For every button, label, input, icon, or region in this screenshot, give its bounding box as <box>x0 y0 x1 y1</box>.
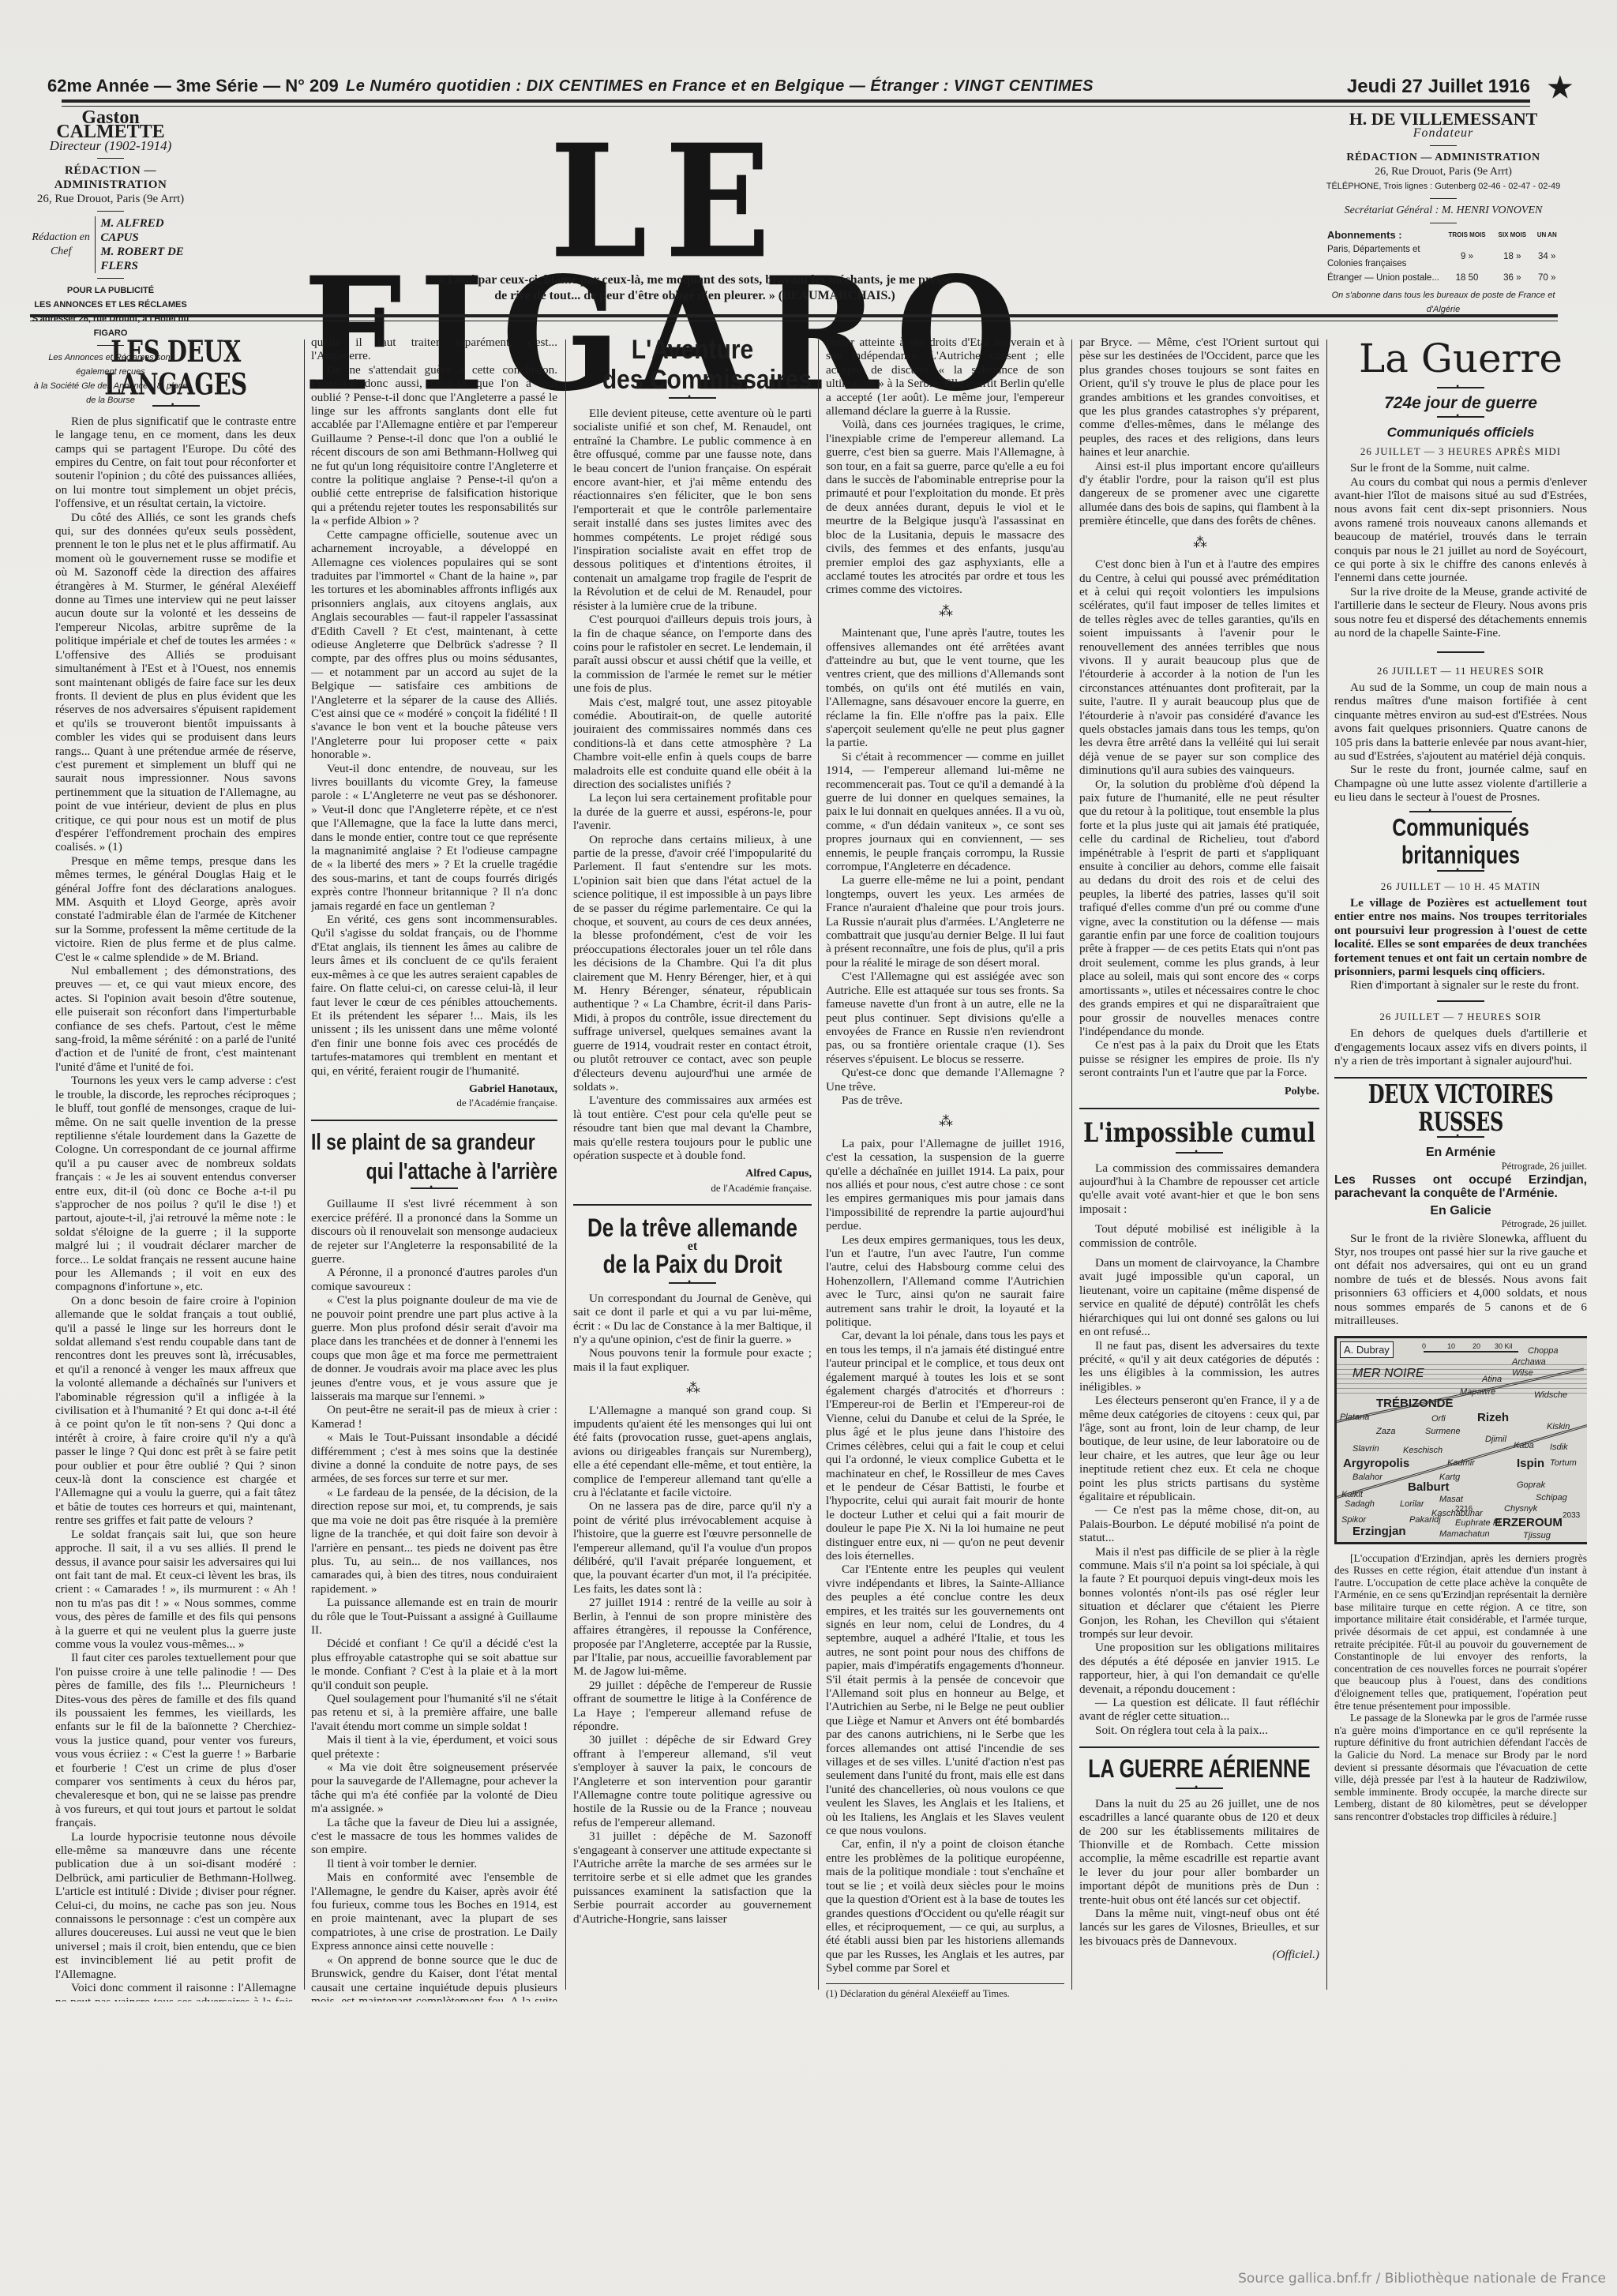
paragraph: Le passage de la Slonewka par le gros de… <box>1334 1712 1587 1822</box>
headline-aventure: L'Aventure des Commissaires <box>573 336 812 395</box>
column-rule <box>1326 340 1327 1990</box>
paragraph: Pas de trêve. <box>826 1094 1064 1107</box>
column-3: L'Aventure des Commissaires Elle devient… <box>573 336 812 2001</box>
map-scale-label: 30 Kil <box>1495 1340 1513 1353</box>
paragraph: « C'est la plus poignante douleur de ma … <box>311 1293 557 1403</box>
map-place: Balahor <box>1353 1471 1383 1484</box>
war-day-count: 724e jour de guerre <box>1334 396 1587 410</box>
office-label-right: RÉDACTION — ADMINISTRATION <box>1325 151 1562 165</box>
paragraph: Le village de Pozières est actuellement … <box>1334 896 1587 978</box>
armenia-map: A. Dubray 0 10 20 30 Kil MER NOIRE TRÉBI… <box>1334 1336 1587 1544</box>
map-place: Pakaridj <box>1409 1514 1441 1527</box>
paragraph: Nous pouvons tenir la formule pour exact… <box>573 1346 812 1374</box>
short-divider <box>1437 651 1484 653</box>
paragraph: La puissance allemande est en train de m… <box>311 1596 557 1637</box>
column-rule <box>818 340 819 1990</box>
paragraph: Car, enfin, il n'y a point de cloison ét… <box>826 1837 1064 1975</box>
issue-number: 62me Année — 3me Série — N° 209 <box>47 76 339 96</box>
paragraph: On ne s'attendait guère à cette conclusi… <box>311 363 557 528</box>
paragraph: Elle devient piteuse, cette aventure où … <box>573 407 812 613</box>
ornament-divider <box>1437 416 1484 418</box>
map-place: Zaza <box>1376 1425 1395 1439</box>
map-place: Isdik <box>1550 1441 1568 1454</box>
chief-editor-1: M. ALFRED CAPUS <box>100 217 163 244</box>
star-icon: ★ <box>1548 71 1573 104</box>
column-2: quelle il faut traiter séparément, c'est… <box>311 336 557 2001</box>
paragraph: Il tient à voir tomber le dernier. <box>311 1857 557 1870</box>
paragraph: Mais il n'est pas difficile de se plier … <box>1079 1545 1319 1641</box>
quoted-article-text: Tout député mobilisé est inéligible à la… <box>1079 1222 1319 1250</box>
column-rule <box>304 340 305 1990</box>
subscription-row-label: Étranger — Union postale... <box>1325 271 1442 285</box>
paragraph: 30 juillet : dépêche de sir Edward Grey … <box>573 1733 812 1829</box>
map-place: Wilse <box>1512 1367 1533 1380</box>
paragraph: Un correspondant du Journal de Genève, q… <box>573 1292 812 1347</box>
ornament-divider <box>97 158 124 159</box>
map-place: Lorilar <box>1400 1498 1424 1511</box>
ornament-divider <box>1176 1152 1223 1154</box>
subscription-price: 9 » <box>1442 242 1492 271</box>
wave-divider <box>1079 1108 1319 1109</box>
column-1-les-deux-langages: LES DEUX LANGAGES Rien de plus significa… <box>55 336 296 2001</box>
paragraph: L'aventure des commissaires aux armées e… <box>573 1094 812 1162</box>
ornament-divider <box>411 1187 458 1189</box>
masthead-top-rule <box>62 99 1530 103</box>
paragraph: Nul emballement ; des démonstrations, de… <box>55 964 296 1074</box>
ornament-divider <box>669 1282 716 1284</box>
map-elevation: 2216 <box>1455 1503 1473 1516</box>
telephone-line: TÉLÉPHONE, Trois lignes : Gutenberg 02-4… <box>1325 179 1562 193</box>
paragraph: Sur la rive droite de la Meuse, grande a… <box>1334 585 1587 640</box>
office-address-right: 26, Rue Drouot, Paris (9e Arrt) <box>1325 165 1562 179</box>
advertising-line-1: POUR LA PUBLICITÉ <box>32 283 189 298</box>
ornament-divider <box>152 405 200 407</box>
headline-paix-du-droit: de la Paix du Droit <box>573 1251 812 1279</box>
map-city: ERZEROUM <box>1495 1516 1563 1529</box>
paragraph: Rien de plus significatif que le contras… <box>55 415 296 511</box>
subscription-price: 34 » <box>1532 242 1562 271</box>
map-place: Chysnyk <box>1504 1503 1537 1516</box>
map-scale-label: 20 <box>1473 1340 1480 1353</box>
map-place: Keschisch <box>1403 1444 1443 1458</box>
paragraph: Maintenant que, l'une après l'autre, tou… <box>826 626 1064 750</box>
map-label-sea: MER NOIRE <box>1353 1367 1424 1380</box>
communique-dateline: 26 JUILLET — 11 HEURES SOIR <box>1334 664 1587 677</box>
official-signature: (Officiel.) <box>1079 1948 1319 1961</box>
map-scale-label: 0 <box>1422 1340 1426 1353</box>
paragraph: Soit. On réglera tout cela à la paix... <box>1079 1724 1319 1737</box>
map-place: Goprak <box>1517 1479 1545 1492</box>
communique-dateline: 26 JUILLET — 10 H. 45 MATIN <box>1334 880 1587 893</box>
subhead-armenie: En Arménie <box>1334 1146 1587 1159</box>
paragraph: En vérité, ces gens sont incommensurable… <box>311 913 557 1078</box>
paragraph: La guerre elle-même ne lui a point, pend… <box>826 873 1064 970</box>
motto-line-1: « Loué par ceux-ci, blâmé par ceux-là, m… <box>284 272 1105 288</box>
headline-grandeur: Il se plaint de sa grandeur <box>311 1130 557 1155</box>
asterism-divider: ⁂ <box>826 605 1064 618</box>
paragraph: 29 juillet : dépêche de l'empereur de Ru… <box>573 1679 812 1734</box>
paragraph: — La question est délicate. Il faut réfl… <box>1079 1696 1319 1724</box>
editorial-note: [L'occupation d'Erzindjan, après les der… <box>1334 1552 1587 1823</box>
newspaper-page: 62me Année — 3me Série — N° 209 Le Numér… <box>0 0 1617 2296</box>
map-place: Sadagh <box>1345 1498 1375 1511</box>
paragraph: Une proposition sur les obligations mili… <box>1079 1641 1319 1696</box>
paragraph: Sur le front de la rivière Slonewka, aff… <box>1334 1232 1587 1328</box>
issue-line: 62me Année — 3me Série — N° 209 Le Numér… <box>46 73 1538 99</box>
masthead-right-box: H. DE VILLEMESSANT Fondateur RÉDACTION —… <box>1325 112 1562 317</box>
source-credit: Source gallica.bnf.fr / Bibliothèque nat… <box>1238 2271 1606 2287</box>
paragraph: Ce n'est pas à la paix du Droit que les … <box>1079 1038 1319 1079</box>
paragraph: Guillaume II s'est livré récemment à son… <box>311 1197 557 1266</box>
paragraph: — Ce n'est pas la même chose, dit-on, au… <box>1079 1503 1319 1544</box>
communique-dateline: 26 JUILLET — 3 HEURES APRÈS MIDI <box>1334 445 1587 458</box>
paragraph: La tâche que la faveur de Dieu lui a ass… <box>311 1816 557 1857</box>
paragraph: porter atteinte à ses droits d'Etat souv… <box>826 336 1064 418</box>
subscription-header: UN AN <box>1532 228 1562 242</box>
paragraph: Mais en conformité avec l'ensemble de l'… <box>311 1870 557 1953</box>
paragraph: C'est donc bien à l'un et à l'autre des … <box>1079 557 1319 778</box>
paragraph: Qu'est-ce donc que demande l'Allemagne ?… <box>826 1066 1064 1094</box>
chief-editors: Rédaction en Chef M. ALFRED CAPUS M. ROB… <box>32 216 189 273</box>
paragraph: [L'occupation d'Erzindjan, après les der… <box>1334 1552 1587 1713</box>
headline-impossible-cumul: L'impossible cumul <box>1079 1119 1319 1148</box>
asterism-divider: ⁂ <box>826 1115 1064 1128</box>
map-place: Slavrin <box>1353 1443 1379 1456</box>
headline-aventure-line1: L'Aventure <box>632 336 753 365</box>
paragraph: Mais il tient à la vie, éperdument, et v… <box>311 1733 557 1761</box>
paragraph: La lourde hypocrisie teutonne nous dévoi… <box>55 1830 296 1981</box>
paragraph: Sur le front de la Somme, nuit calme. <box>1334 461 1587 475</box>
map-place: Spikor <box>1341 1514 1366 1527</box>
paragraph: Si c'était à recommencer — comme en juil… <box>826 750 1064 874</box>
armenia-bulletin: Les Russes ont occupé Erzindjan, parache… <box>1334 1173 1587 1201</box>
paragraph: Dans un moment de clairvoyance, la Chamb… <box>1079 1256 1319 1338</box>
paragraph: C'est pourquoi d'ailleurs depuis trois j… <box>573 613 812 695</box>
paragraph: On reproche dans certains milieux, à une… <box>573 833 812 1094</box>
paragraph: Cette campagne officielle, soutenue avec… <box>311 528 557 762</box>
wave-divider <box>1079 1746 1319 1748</box>
author-signature: Gabriel Hanotaux, <box>311 1082 557 1096</box>
ornament-divider <box>97 211 124 212</box>
paragraph: Voilà, dans ces journées tragiques, le c… <box>826 418 1064 596</box>
director-title: Directeur (1902-1914) <box>32 139 189 153</box>
asterism-divider: ⁂ <box>573 1382 812 1395</box>
map-place: Tjissug <box>1523 1529 1551 1543</box>
ornament-divider <box>1430 223 1457 223</box>
paragraph: « Ma vie doit être soigneusement préserv… <box>311 1761 557 1816</box>
map-elevation: 2033 <box>1563 1509 1580 1522</box>
paragraph: On a donc besoin de faire croire à l'opi… <box>55 1294 296 1528</box>
paragraph: La commission des commissaires demandera… <box>1079 1161 1319 1217</box>
map-credit: A. Dubray <box>1340 1341 1394 1358</box>
asterism-divider: ⁂ <box>1079 536 1319 550</box>
ornament-divider <box>1437 387 1484 388</box>
issue-date: Jeudi 27 Juillet 1916★ <box>1347 76 1530 98</box>
paragraph: Sur le reste du front, journée calme, sa… <box>1334 763 1587 804</box>
subscription-row: Étranger — Union postale... 18 50 36 » 7… <box>1325 271 1562 285</box>
column-4: porter atteinte à ses droits d'Etat souv… <box>826 336 1064 2001</box>
masthead-bottom-rule <box>30 314 1558 317</box>
column-6-la-guerre: La Guerre 724e jour de guerre Communiqué… <box>1334 336 1587 2001</box>
paragraph: Car, devant la loi pénale, dans tous les… <box>826 1329 1064 1563</box>
map-place: Surmene <box>1425 1425 1461 1439</box>
map-place: Atina <box>1482 1373 1502 1386</box>
headline-la-guerre: La Guerre <box>1334 337 1587 381</box>
chief-editor-2: M. ROBERT DE FLERS <box>100 246 183 272</box>
issue-date-text: Jeudi 27 Juillet 1916 <box>1347 76 1530 97</box>
paragraph: Dans la même nuit, vingt-neuf obus ont é… <box>1079 1907 1319 1948</box>
dateline-petrograde: Pétrograde, 26 juillet. <box>1334 1217 1587 1231</box>
headline-grandeur-line2: qui l'attache à l'arrière <box>311 1159 557 1184</box>
paragraph: Veut-il donc entendre, de nouveau, sur l… <box>311 762 557 913</box>
advertising-line-2: LES ANNONCES ET LES RÉCLAMES <box>32 298 189 312</box>
issue-price: Le Numéro quotidien : DIX CENTIMES en Fr… <box>346 77 1094 96</box>
ornament-divider <box>669 397 716 399</box>
paragraph: Presque en même temps, presque dans les … <box>55 854 296 964</box>
ornament-divider <box>1176 1788 1223 1789</box>
dateline-petrograde: Pétrograde, 26 juillet. <box>1334 1160 1587 1173</box>
section-communiques-officiels: Communiqués officiels <box>1334 426 1587 439</box>
ornament-divider <box>1437 870 1484 872</box>
column-5: par Bryce. — Même, c'est l'Orient surtou… <box>1079 336 1319 2001</box>
paragraph: Il ne faut pas, disent les adversaires d… <box>1079 1339 1319 1394</box>
subscription-price: 18 50 <box>1442 271 1492 285</box>
paragraph: C'est l'Allemagne qui est assiégée avec … <box>826 970 1064 1066</box>
office-label: RÉDACTION — ADMINISTRATION <box>32 163 189 192</box>
paragraph: « On apprend de bonne source que le duc … <box>311 1953 557 2001</box>
map-city: Argyropolis <box>1343 1457 1409 1470</box>
subscription-table: Abonnements : TROIS MOIS SIX MOIS UN AN … <box>1325 228 1562 285</box>
map-place: Djimil <box>1485 1433 1506 1446</box>
subscription-price: 36 » <box>1492 271 1532 285</box>
paragraph: Du côté des Alliés, ce sont les grands c… <box>55 511 296 854</box>
author-signature: Polybe. <box>1079 1085 1319 1098</box>
newspaper-motto: « Loué par ceux-ci, blâmé par ceux-là, m… <box>284 272 1105 304</box>
paragraph: quelle il faut traiter séparément, c'est… <box>311 336 557 363</box>
headline-guerre-aerienne: LA GUERRE AÉRIENNE <box>1079 1756 1319 1784</box>
ornament-divider <box>1409 811 1512 812</box>
paragraph: L'Allemagne a manqué son grand coup. Si … <box>573 1404 812 1500</box>
office-address: 26, Rue Drouot, Paris (9e Arrt) <box>32 192 189 206</box>
paragraph: On ne lassera pas de dire, parce qu'il n… <box>573 1499 812 1596</box>
paragraph: La paix, pour l'Allemagne de juillet 191… <box>826 1137 1064 1233</box>
headline-les-deux-langages: LES DEUX LANGAGES <box>55 336 296 401</box>
headline-deux-victoires-russes: DEUX VICTOIRES RUSSES <box>1334 1081 1587 1137</box>
paragraph: Au cours du combat qui nous a permis d'e… <box>1334 475 1587 585</box>
column-rule <box>565 340 566 1990</box>
paragraph: Rien d'important à signaler sur le reste… <box>1334 978 1587 992</box>
chief-editors-names: M. ALFRED CAPUS M. ROBERT DE FLERS <box>95 216 189 273</box>
map-city: Ispin <box>1517 1457 1544 1470</box>
paragraph: Tournons les yeux vers le camp adverse :… <box>55 1074 296 1294</box>
paragraph: Quel soulagement pour l'humanité s'il ne… <box>311 1692 557 1733</box>
paragraph: Le soldat français sait lui, que son heu… <box>55 1528 296 1652</box>
subscription-header: SIX MOIS <box>1492 228 1532 242</box>
wave-divider <box>573 1204 812 1206</box>
map-place: Kartg <box>1439 1471 1460 1484</box>
paragraph: En dehors de quelques duels d'artillerie… <box>1334 1026 1587 1067</box>
chief-editors-label: Rédaction en Chef <box>32 231 90 259</box>
subscription-header: TROIS MOIS <box>1442 228 1492 242</box>
paragraph: La leçon lui sera certainement profitabl… <box>573 791 812 832</box>
paragraph: Voici donc comment il raisonne : l'Allem… <box>55 1981 296 2001</box>
ornament-divider <box>97 278 124 279</box>
subscription-row-label: Paris, Départements et Colonies français… <box>1325 242 1442 271</box>
paragraph: Décidé et confiant ! Ce qu'il a décidé c… <box>311 1637 557 1692</box>
subscription-label: Abonnements : <box>1325 228 1442 242</box>
paragraph: Ainsi est-il plus important encore qu'ai… <box>1079 460 1319 528</box>
paragraph: « Mais le Tout-Puissant insondable a déc… <box>311 1431 557 1486</box>
short-divider <box>1437 1000 1484 1002</box>
communique-dateline: 26 JUILLET — 7 HEURES SOIR <box>1334 1010 1587 1023</box>
paragraph: Les électeurs penseront qu'en France, il… <box>1079 1394 1319 1503</box>
headline-communiques-britanniques: Communiqués britanniques <box>1334 815 1587 869</box>
ornament-divider <box>1430 198 1457 199</box>
map-scale-label: 10 <box>1447 1340 1455 1353</box>
map-city: Rizeh <box>1477 1411 1509 1424</box>
secretariat: Secrétariat Général : M. HENRI VONOVEN <box>1325 204 1562 218</box>
subscription-price: 70 » <box>1532 271 1562 285</box>
map-place: Widsche <box>1534 1389 1567 1402</box>
ornament-divider <box>1430 145 1457 146</box>
ornament-divider <box>1437 1136 1484 1138</box>
director-name: Gaston CALMETTE <box>32 111 189 139</box>
paragraph: Car l'Entente entre les peuples qui veul… <box>826 1563 1064 1837</box>
paragraph: On peut-être ne serait-il pas de mieux à… <box>311 1403 557 1431</box>
founder-name: H. DE VILLEMESSANT <box>1325 112 1562 126</box>
map-place: Orfi <box>1431 1412 1446 1426</box>
subscription-row: Paris, Départements et Colonies français… <box>1325 242 1562 271</box>
author-signature: Alfred Capus, <box>573 1167 812 1180</box>
paragraph: Dans la nuit du 25 au 26 juillet, une de… <box>1079 1797 1319 1907</box>
paragraph: 31 juillet : dépêche de M. Sazonoff s'en… <box>573 1829 812 1926</box>
subscription-note: On s'abonne dans tous les bureaux de pos… <box>1325 288 1562 317</box>
author-title: de l'Académie française. <box>573 1181 812 1195</box>
headline-treve: De la trêve allemande <box>573 1214 812 1243</box>
paragraph: « Le fardeau de la pensée, de la décisio… <box>311 1486 557 1596</box>
paragraph: Or, la solution du problème d'où dépend … <box>1079 778 1319 1039</box>
headline-aventure-line2: des Commissaires <box>573 365 812 395</box>
subscription-price: 18 » <box>1492 242 1532 271</box>
column-rule <box>1071 340 1072 1990</box>
paragraph: A Péronne, il a prononcé d'autres parole… <box>311 1266 557 1293</box>
paragraph: 27 juillet 1914 : rentré de la veille au… <box>573 1596 812 1678</box>
map-place: Tortum <box>1550 1457 1577 1470</box>
map-place: Mamachatun <box>1439 1528 1490 1541</box>
paragraph: Mais c'est, malgré tout, une assez pitoy… <box>573 696 812 792</box>
footnote: (1) Déclaration du général Alexéieff au … <box>826 1983 1064 2001</box>
wave-divider <box>311 1120 557 1121</box>
paragraph: Au sud de la Somme, un coup de main nous… <box>1334 681 1587 763</box>
map-place: Schipag <box>1536 1491 1567 1505</box>
paragraph: par Bryce. — Même, c'est l'Orient surtou… <box>1079 336 1319 460</box>
subhead-galicie: En Galicie <box>1334 1204 1587 1217</box>
motto-line-2: de rire de tout... de peur d'être obligé… <box>284 288 1105 304</box>
paragraph: Les deux empires germaniques, tous les d… <box>826 1233 1064 1330</box>
author-title: de l'Académie française. <box>311 1096 557 1109</box>
paragraph: Il faut citer ces paroles textuellement … <box>55 1651 296 1829</box>
